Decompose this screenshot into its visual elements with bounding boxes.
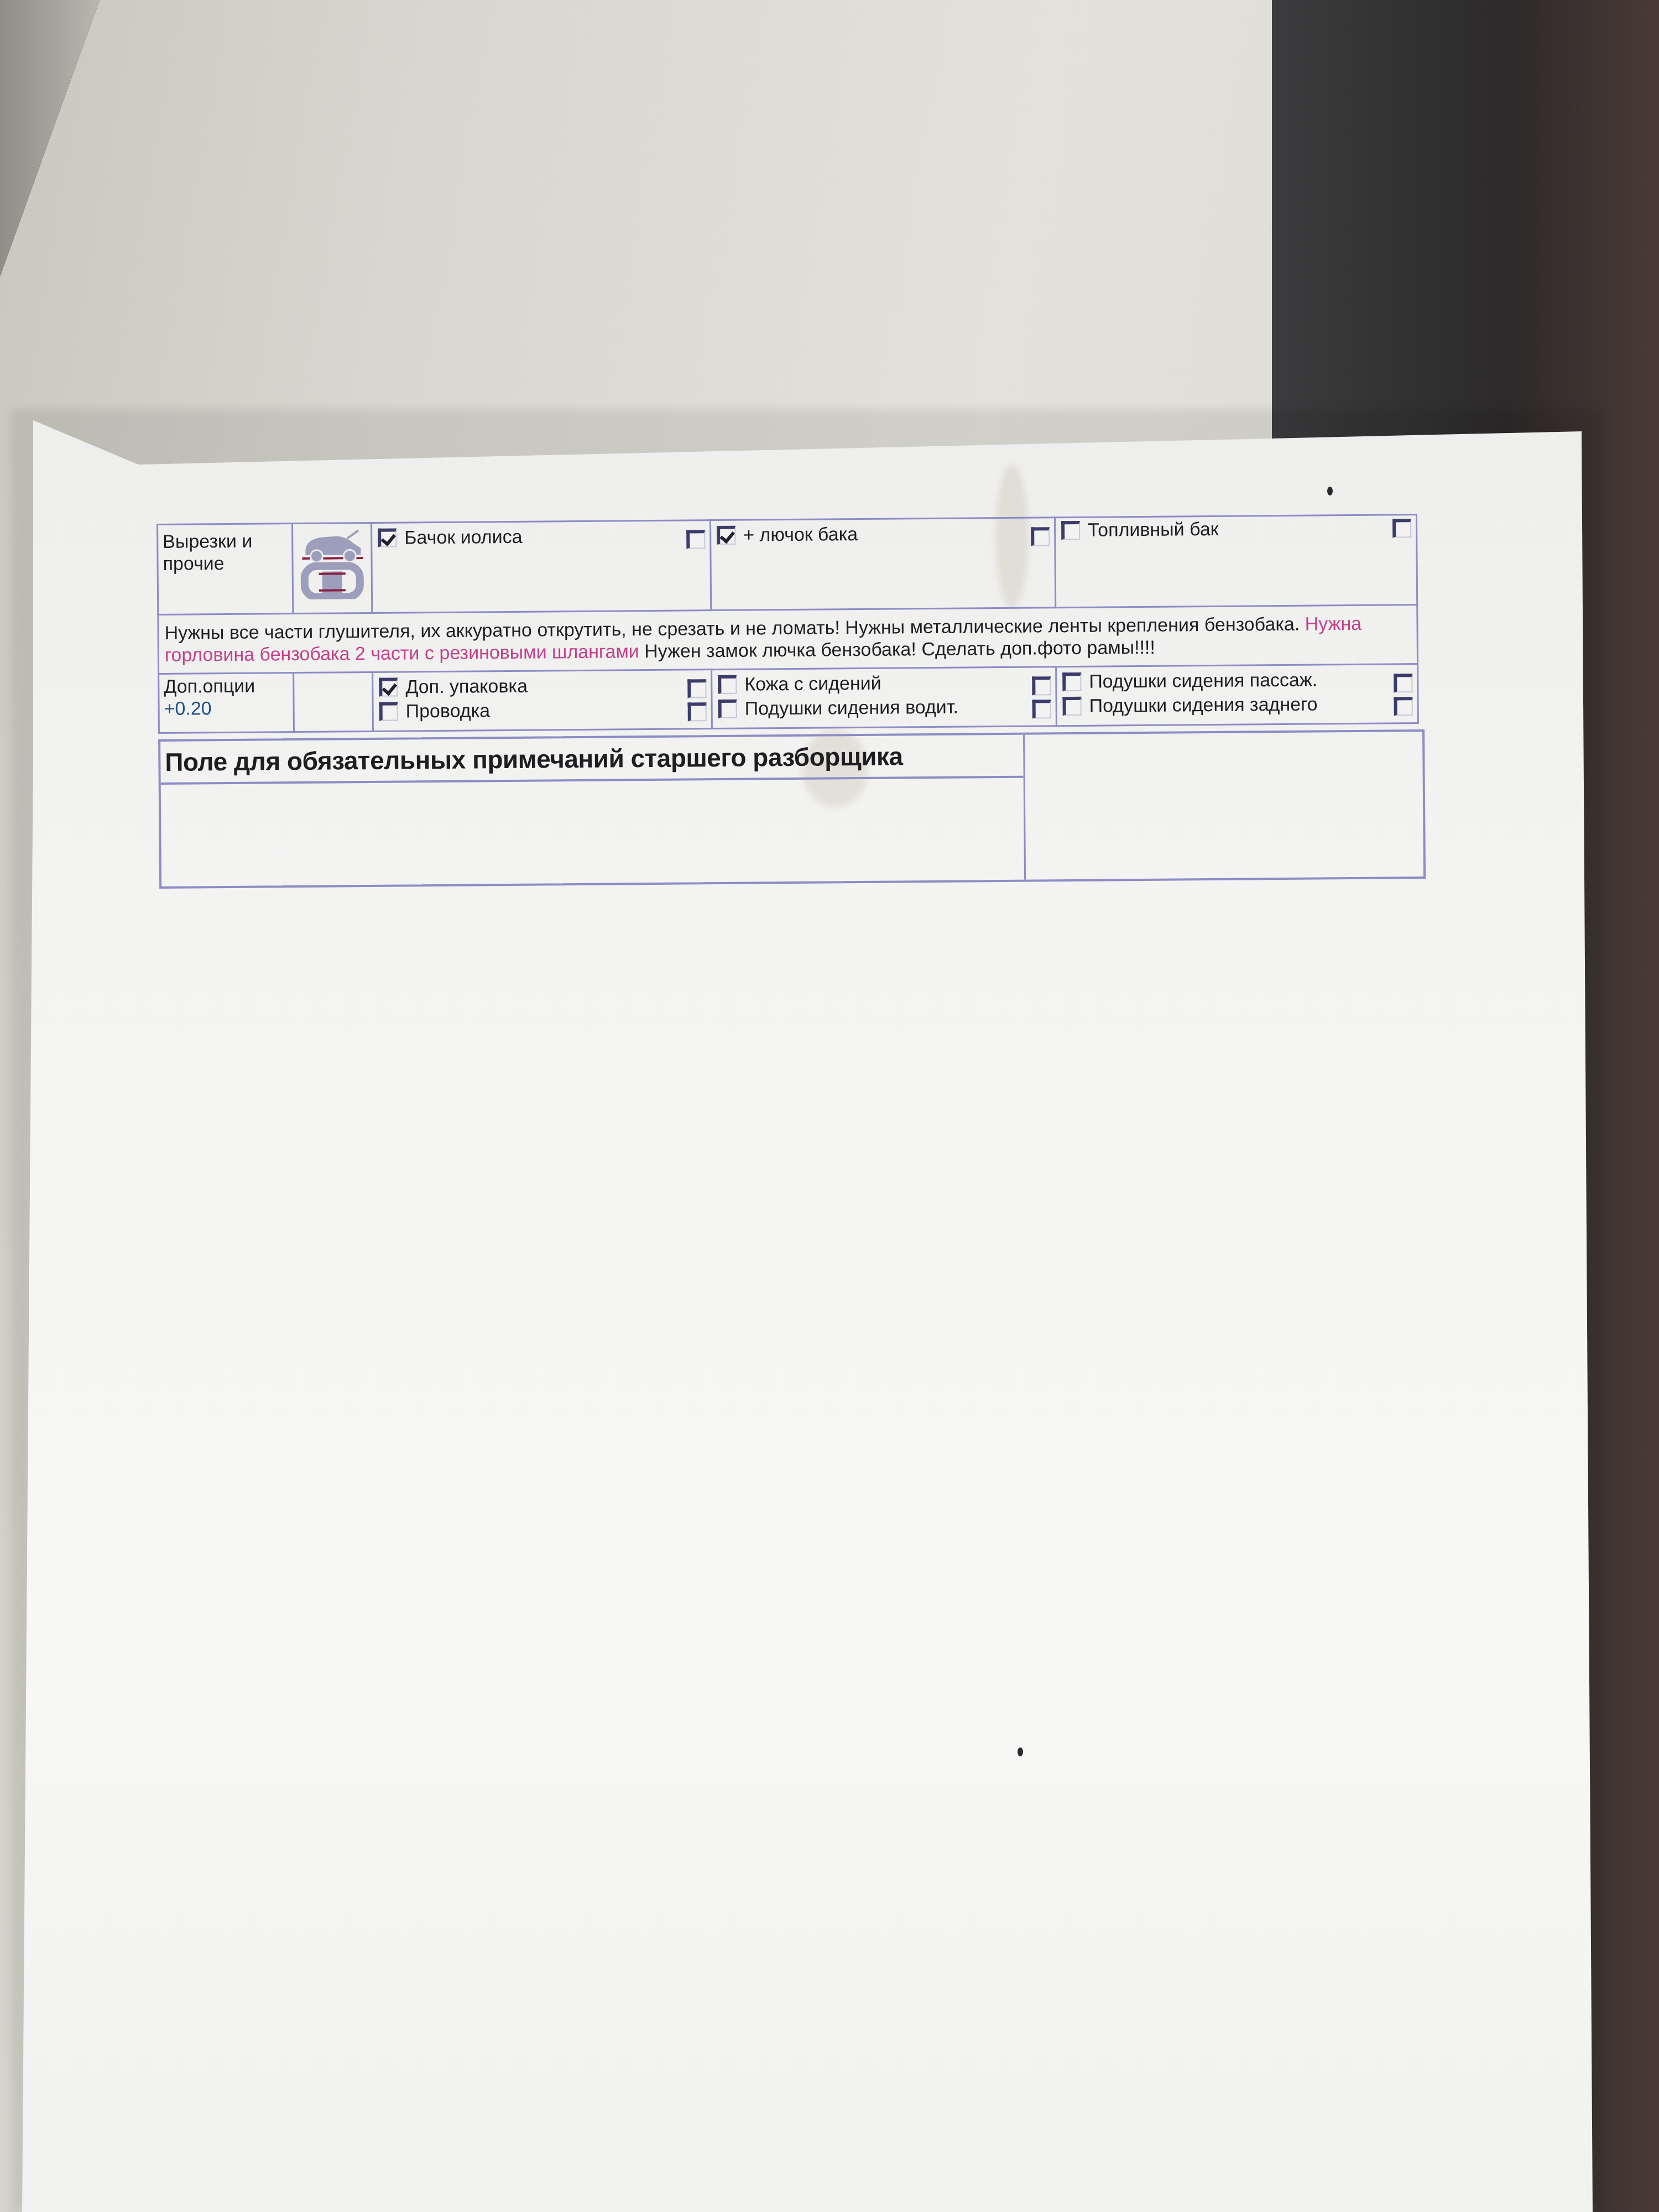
checkbox-wiring-extra[interactable] <box>688 702 707 721</box>
checkbox-seat-leather-extra[interactable] <box>1032 676 1051 695</box>
extra-options-label-cell: Доп.опции +0.20 <box>159 673 294 733</box>
extra-options-row: Доп.опции +0.20 Доп. упаковка Проводка <box>159 664 1418 733</box>
option-cell: Бачок иолиса <box>371 520 711 613</box>
option-cell: Подушки сидения пассаж. Подушки сидения … <box>1056 664 1418 726</box>
checkbox-fuel-tank[interactable] <box>1061 521 1080 540</box>
speck <box>1327 487 1333 495</box>
option-cell: Доп. упаковка Проводка <box>373 670 712 732</box>
checkbox-wiring[interactable] <box>379 702 398 721</box>
option-label: Бачок иолиса <box>404 526 523 549</box>
option-label: Топливный бак <box>1088 518 1219 541</box>
remarks-side-box <box>1025 732 1423 880</box>
checkbox-fuel-tank-extra[interactable] <box>1392 519 1411 538</box>
option-cell: + лючок бака <box>710 518 1055 611</box>
option-cell: Топливный бак <box>1055 515 1417 608</box>
remarks-field: Поле для обязательных примечаний старшег… <box>160 735 1026 886</box>
disassembly-form: Вырезки и прочие <box>156 514 1420 889</box>
option-cell: Кожа с сидений Подушки сидения водит. <box>712 667 1057 729</box>
cuts-label: Вырезки и прочие <box>158 524 293 615</box>
car-cut-icon-cell <box>293 523 372 613</box>
checkbox-passenger-seat-cushion-extra[interactable] <box>1394 674 1412 692</box>
checkbox-fuel-flap[interactable] <box>717 526 735 545</box>
checkbox-extra-packing[interactable] <box>379 678 398 697</box>
option-label: Кожа с сидений <box>744 672 881 695</box>
note-row: Нужны все части глушителя, их аккуратно … <box>158 605 1418 674</box>
empty-cell <box>294 672 373 732</box>
checkbox-washer-tank-extra[interactable] <box>686 530 705 549</box>
option-label: + лючок бака <box>743 524 858 546</box>
option-label: Подушки сидения водит. <box>745 696 959 719</box>
cuts-row: Вырезки и прочие <box>158 515 1417 615</box>
checkbox-washer-tank[interactable] <box>378 529 397 547</box>
option-label: Проводка <box>406 700 491 722</box>
note-cell: Нужны все части глушителя, их аккуратно … <box>158 605 1418 674</box>
extra-options-price: +0.20 <box>164 697 288 720</box>
checkbox-passenger-seat-cushion[interactable] <box>1062 672 1081 691</box>
checkbox-seat-leather[interactable] <box>718 675 737 694</box>
checkbox-fuel-flap-extra[interactable] <box>1031 527 1050 546</box>
car-cut-icon <box>299 527 366 599</box>
option-label: Подушки сидения заднего <box>1089 693 1317 717</box>
speck <box>1018 1747 1023 1756</box>
checkbox-rear-seat-cushion[interactable] <box>1063 697 1082 716</box>
checkbox-extra-packing-extra[interactable] <box>687 679 706 698</box>
checkbox-rear-seat-cushion-extra[interactable] <box>1394 697 1413 716</box>
option-label: Подушки сидения пассаж. <box>1089 669 1317 692</box>
note-text-end: Нужен замок лючка бензобака! Сделать доп… <box>639 637 1155 662</box>
remarks-input-area[interactable] <box>161 778 1024 886</box>
remarks-title: Поле для обязательных примечаний старшег… <box>160 735 1024 785</box>
checkbox-driver-seat-cushion[interactable] <box>718 700 737 718</box>
option-label: Доп. упаковка <box>405 675 528 698</box>
checkbox-driver-seat-cushion-extra[interactable] <box>1032 700 1051 718</box>
extra-options-label: Доп.опции <box>164 675 288 698</box>
remarks-section: Поле для обязательных примечаний старшег… <box>158 729 1426 889</box>
form-table: Вырезки и прочие <box>156 514 1419 734</box>
